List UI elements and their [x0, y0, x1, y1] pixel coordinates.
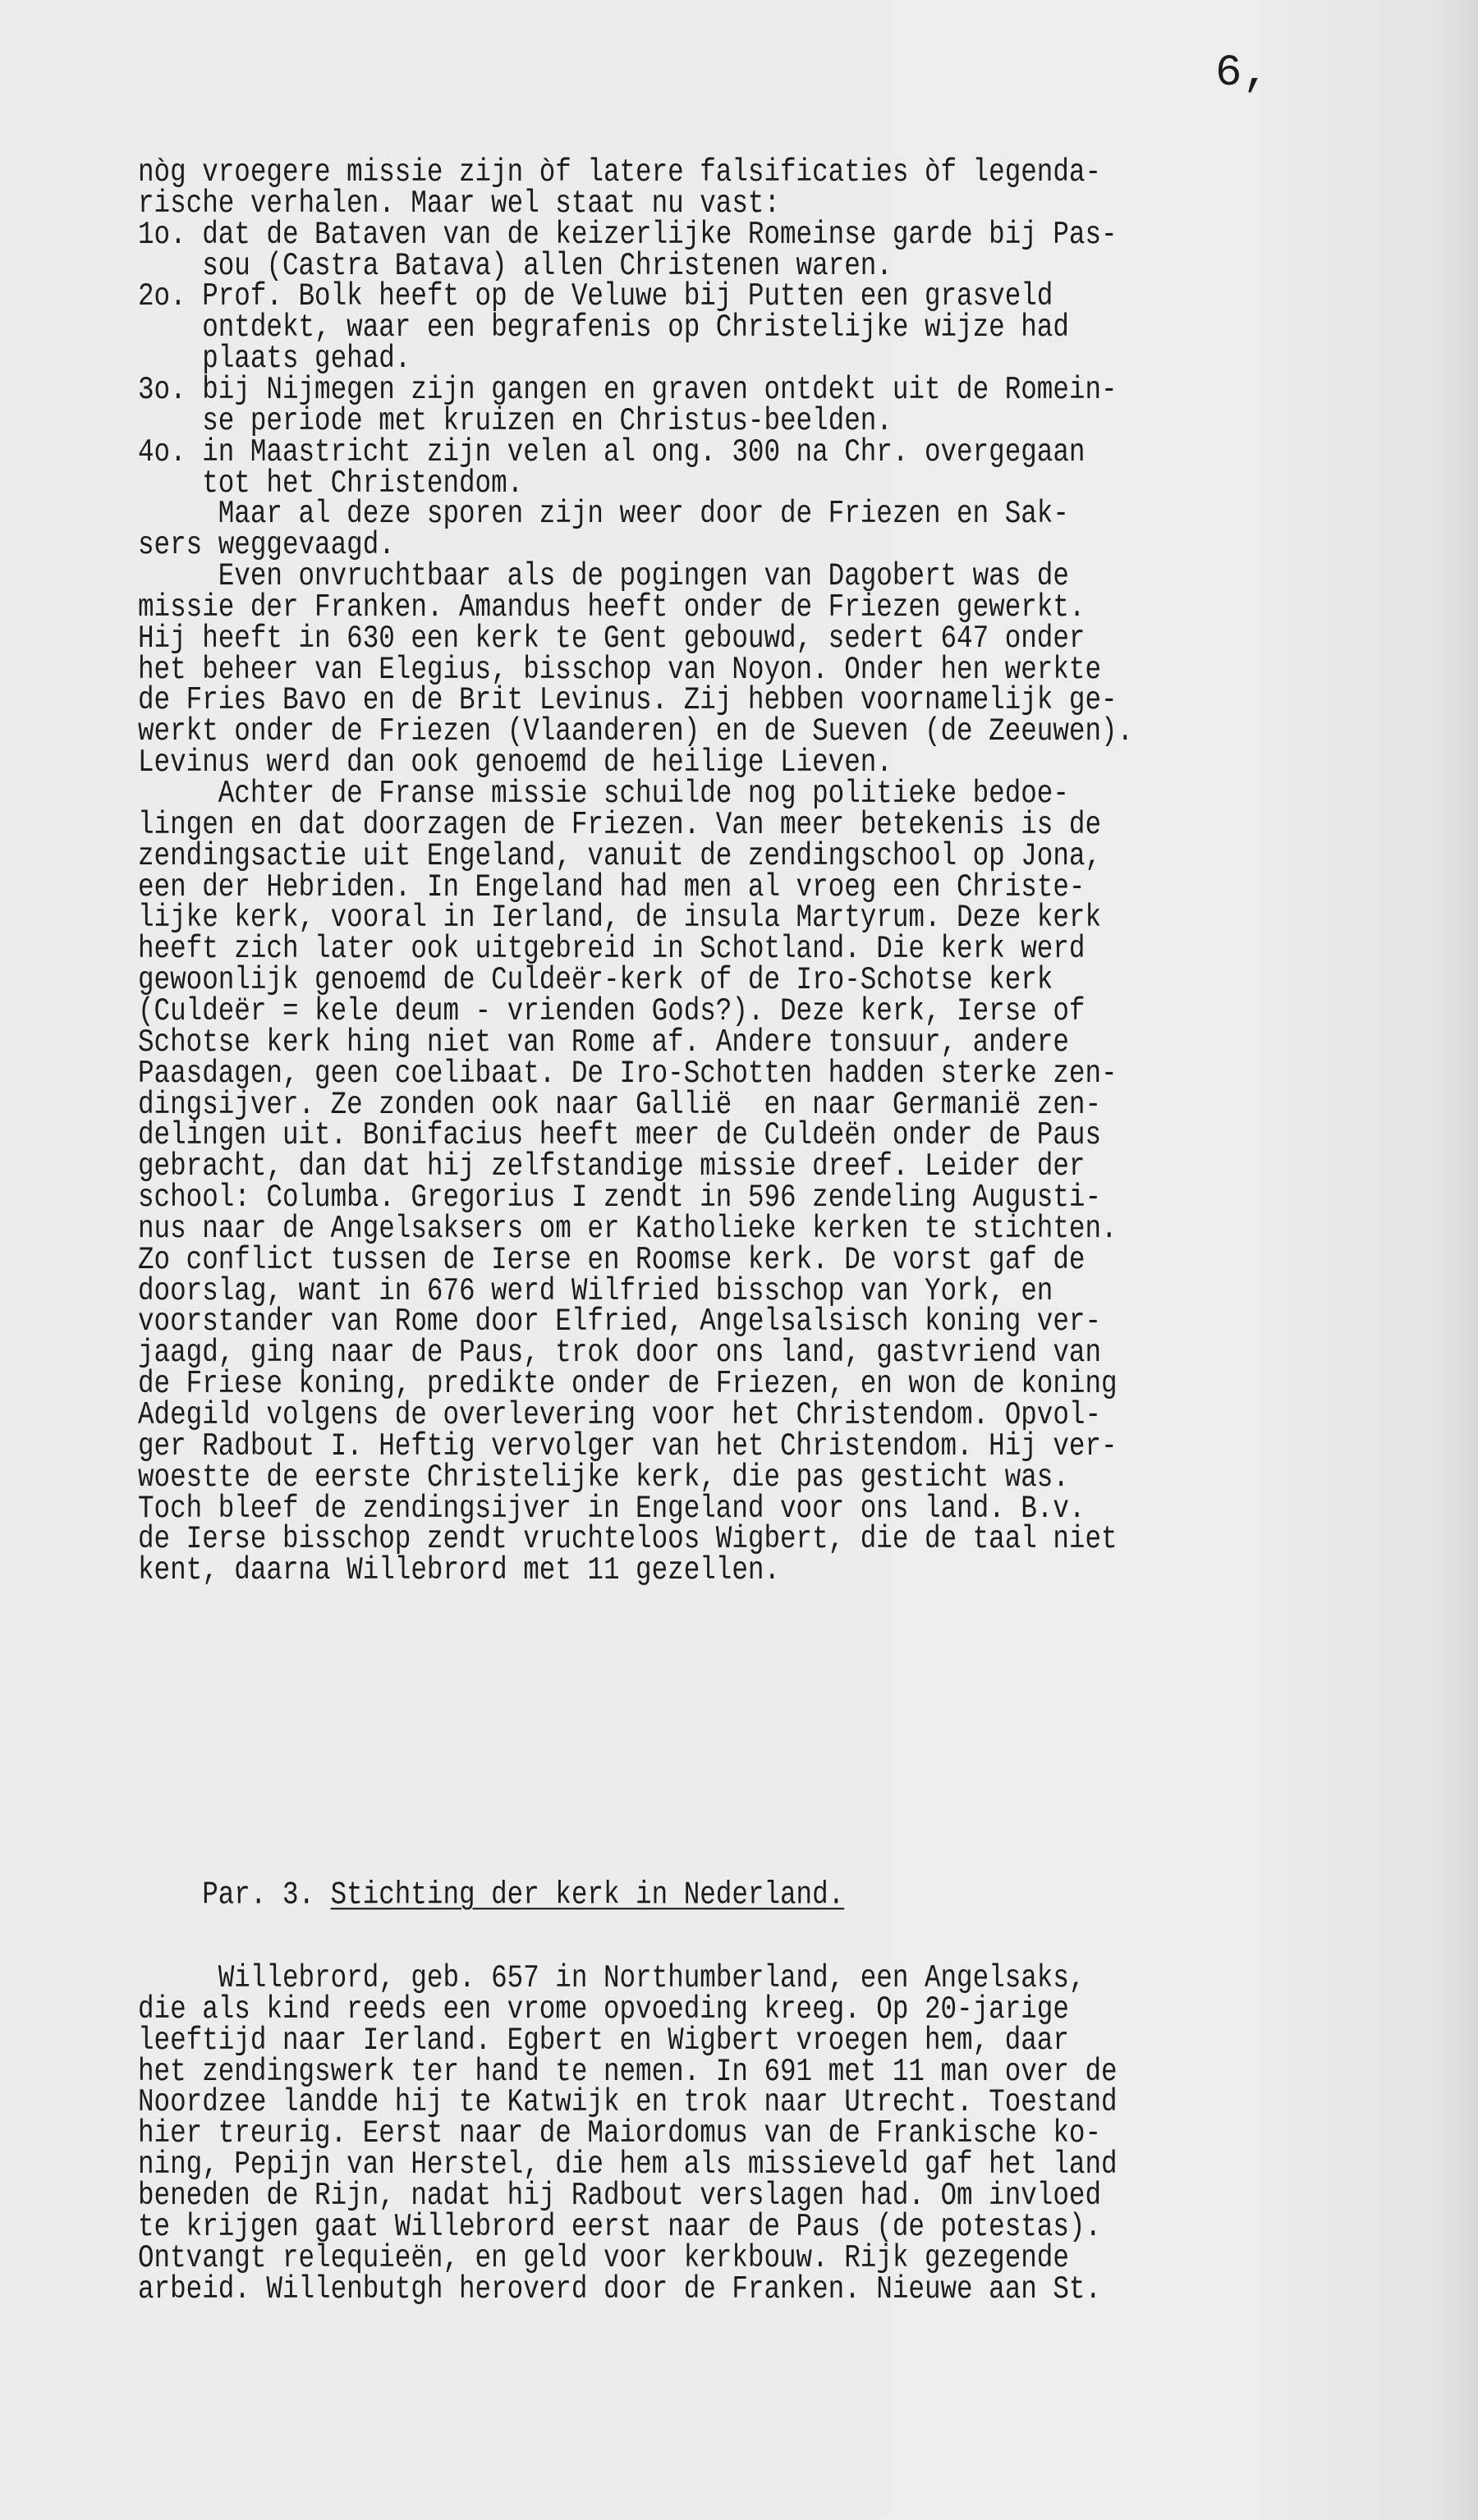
text-line: nòg vroegere missie zijn òf latere falsi… [138, 162, 1101, 184]
text-line: 4o. in Maastricht zijn velen al ong. 300… [138, 442, 1085, 464]
typewritten-page: 6, nòg vroegere missie zijn òf latere fa… [0, 0, 1478, 2520]
text-line: het beheer van Elegius, bisschop van Noy… [138, 659, 1101, 681]
text-line: heeft zich later ook uitgebreid in Schot… [138, 938, 1085, 960]
text-line: Even onvruchtbaar als de pogingen van Da… [138, 566, 1069, 588]
text-line: het zendingswerk ter hand te nemen. In 6… [138, 2061, 1118, 2083]
text-line: missie der Franken. Amandus heeft onder … [138, 597, 1085, 619]
text-line: lingen en dat doorzagen de Friezen. Van … [138, 814, 1101, 836]
text-line: Adegild volgens de overlevering voor het… [138, 1404, 1101, 1427]
text-line: de Friese koning, predikte onder de Frie… [138, 1373, 1118, 1395]
text-line: beneden de Rijn, nadat hij Radbout versl… [138, 2185, 1101, 2207]
text-line: Willebrord, geb. 657 in Northumberland, … [138, 1968, 1085, 1990]
text-line: Hij heeft in 630 een kerk te Gent gebouw… [138, 628, 1085, 650]
section-title: Stichting der kerk in Nederland. [331, 1877, 845, 1913]
text-line: 1o. dat de Bataven van de keizerlijke Ro… [138, 224, 1118, 246]
text-line: delingen uit. Bonifacius heeft meer de C… [138, 1125, 1101, 1147]
text-line: kent, daarna Willebrord met 11 gezellen. [138, 1560, 780, 1582]
text-line: doorslag, want in 676 werd Wilfried biss… [138, 1281, 1053, 1303]
text-line: gebracht, dan dat hij zelfstandige missi… [138, 1156, 1085, 1178]
text-line: lijke kerk, vooral in Ierland, de insula… [138, 907, 1101, 929]
text-line: sou (Castra Batava) allen Christenen war… [138, 255, 893, 277]
text-line: Paasdagen, geen coelibaat. De Iro-Schott… [138, 1063, 1118, 1085]
text-line: de Ierse bisschop zendt vruchteloos Wigb… [138, 1528, 1118, 1551]
text-line: ger Radbout I. Heftig vervolger van het … [138, 1436, 1118, 1458]
text-line: nus naar de Angelsaksers om er Katholiek… [138, 1218, 1118, 1240]
text-line: 2o. Prof. Bolk heeft op de Veluwe bij Pu… [138, 286, 1053, 308]
page-number: 6, [1215, 49, 1270, 99]
text-line: ning, Pepijn van Herstel, die hem als mi… [138, 2154, 1118, 2176]
section-heading: Par. 3. Stichting der kerk in Nederland. [138, 1862, 844, 1929]
text-line: woestte de eerste Christelijke kerk, die… [138, 1467, 1069, 1489]
text-line: Achter de Franse missie schuilde nog pol… [138, 783, 1069, 805]
text-line: school: Columba. Gregorius I zendt in 59… [138, 1187, 1101, 1209]
text-line: leeftijd naar Ierland. Egbert en Wigbert… [138, 2030, 1069, 2052]
text-line: Toch bleef de zendingsijver in Engeland … [138, 1498, 1085, 1520]
text-line: dingsijver. Ze zonden ook naar Gallië en… [138, 1094, 1101, 1116]
text-line: Noordzee landde hij te Katwijk en trok n… [138, 2092, 1118, 2114]
text-line: hier treurig. Eerst naar de Maiordomus v… [138, 2123, 1101, 2145]
text-line: Ontvangt relequieën, en geld voor kerkbo… [138, 2247, 1069, 2270]
text-line: tot het Christendom. [138, 473, 523, 495]
text-line: 3o. bij Nijmegen zijn gangen en graven o… [138, 379, 1118, 401]
text-line: gewoonlijk genoemd de Culdeër-kerk of de… [138, 969, 1053, 992]
text-line: Levinus werd dan ook genoemd de heilige … [138, 752, 893, 774]
text-line: een der Hebriden. In Engeland had men al… [138, 877, 1085, 899]
text-line: Zo conflict tussen de Ierse en Roomse ke… [138, 1249, 1085, 1271]
text-line: voorstander van Rome door Elfried, Angel… [138, 1311, 1101, 1333]
text-line: werkt onder de Friezen (Vlaanderen) en d… [138, 721, 1133, 743]
text-line: te krijgen gaat Willebrord eerst naar de… [138, 2216, 1101, 2238]
text-line: de Fries Bavo en de Brit Levinus. Zij he… [138, 690, 1118, 712]
text-line: jaagd, ging naar de Paus, trok door ons … [138, 1342, 1101, 1364]
text-line: zendingsactie uit Engeland, vanuit de ze… [138, 845, 1101, 868]
text-line: ontdekt, waar een begrafenis op Christel… [138, 317, 1069, 339]
text-line: die als kind reeds een vrome opvoeding k… [138, 1999, 1069, 2021]
text-line: plaats gehad. [138, 348, 411, 370]
text-line: rische verhalen. Maar wel staat nu vast: [138, 193, 780, 215]
text-line: Schotse kerk hing niet van Rome af. Ande… [138, 1032, 1069, 1054]
text-line: (Culdeër = kele deum - vrienden Gods?). … [138, 1001, 1085, 1023]
text-line: arbeid. Willenbutgh heroverd door de Fra… [138, 2279, 1101, 2301]
text-line: sers weggevaagd. [138, 534, 395, 557]
text-line: Maar al deze sporen zijn weer door de Fr… [138, 503, 1069, 525]
section-prefix: Par. 3. [202, 1877, 330, 1913]
text-line: se periode met kruizen en Christus-beeld… [138, 410, 893, 433]
